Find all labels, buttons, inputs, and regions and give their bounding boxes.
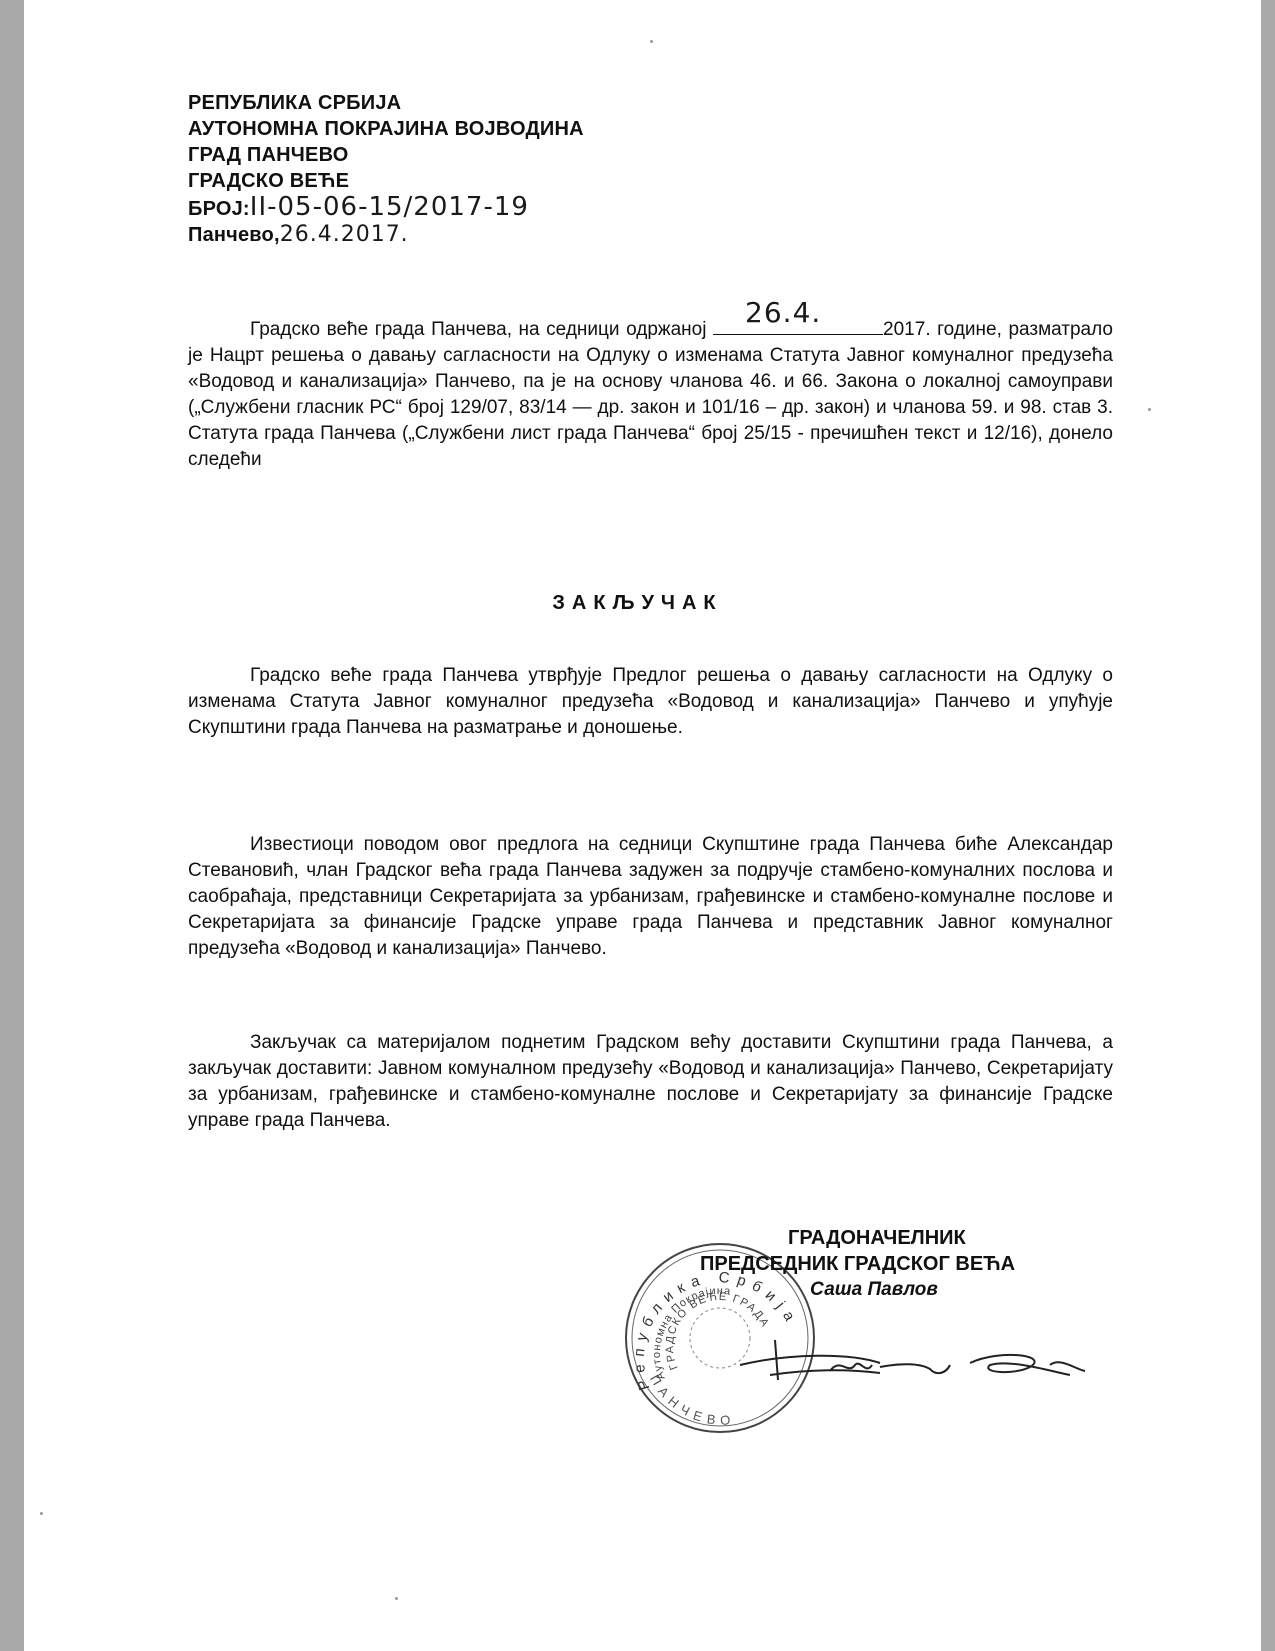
number-label: БРОЈ: (188, 198, 250, 220)
handwritten-signature (730, 1335, 1090, 1395)
document-title: ЗАКЉУЧАК (0, 592, 1275, 615)
session-date-field: 26.4. (713, 312, 883, 335)
svg-text:ПАНЧЕВО: ПАНЧЕВО (647, 1372, 737, 1428)
scan-speck (40, 1512, 43, 1515)
document-number: БРОЈ:II-05-06-15/2017-19 (188, 194, 584, 220)
intro-paragraph: Градско веће града Панчева, на седници о… (188, 312, 1113, 473)
handwritten-session-date: 26.4. (745, 300, 821, 326)
header-line: ГРАДСКО ВЕЋЕ (188, 168, 584, 194)
header-line: АУТОНОМНА ПОКРАЈИНА ВОЈВОДИНА (188, 116, 584, 142)
signature-block: ГРАДОНАЧЕЛНИК ПРЕДСЕДНИК ГРАДСКОГ ВЕЋА С… (700, 1225, 1015, 1303)
signatory-name: Саша Павлов (700, 1277, 1015, 1303)
place-label: Панчево, (188, 224, 280, 246)
signatory-position: ПРЕДСЕДНИК ГРАДСКОГ ВЕЋА (700, 1251, 1015, 1277)
document-place-date: Панчево,26.4.2017. (188, 222, 584, 248)
handwritten-date: 26.4.2017. (280, 222, 409, 247)
body-paragraph: Известиоци поводом овог предлога на седн… (188, 832, 1113, 962)
document-header: РЕПУБЛИКА СРБИЈА АУТОНОМНА ПОКРАЈИНА ВОЈ… (188, 90, 584, 248)
body-paragraph: Градско веће града Панчева утврђује Пред… (188, 663, 1113, 741)
scan-speck (650, 40, 653, 43)
body-paragraph: Закључак са материјалом поднетим Градско… (188, 1030, 1113, 1134)
handwritten-number: II-05-06-15/2017-19 (250, 192, 529, 222)
header-line: ГРАД ПАНЧЕВО (188, 142, 584, 168)
document-page: РЕПУБЛИКА СРБИЈА АУТОНОМНА ПОКРАЈИНА ВОЈ… (0, 0, 1275, 1651)
scan-speck (395, 1597, 398, 1600)
scan-speck (1148, 408, 1151, 411)
header-line: РЕПУБЛИКА СРБИЈА (188, 90, 584, 116)
signatory-title: ГРАДОНАЧЕЛНИК (700, 1225, 1015, 1251)
